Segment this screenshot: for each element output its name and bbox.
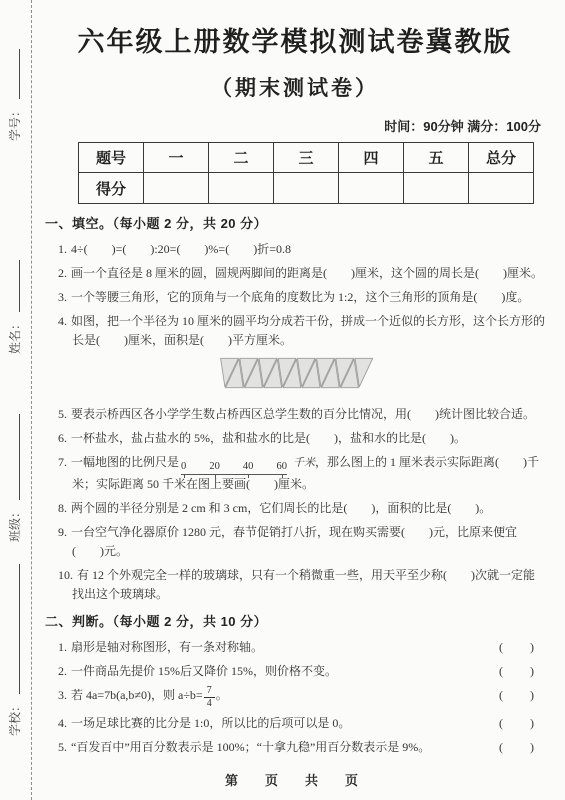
score-cell — [274, 173, 339, 204]
judge-text: 2.一件商品先提价 15%后又降价 15%，则价格不变。 — [58, 662, 337, 681]
question-number: 1. — [58, 640, 67, 654]
fill-question-4: 4.如图，把一个半径为 10 厘米的圆平均分成若干份，拼成一个近似的长方形，这个… — [45, 312, 545, 350]
judge-question-5: 5.“百发百中”用百分数表示是 100%；“十拿九稳”用百分数表示是 9%。 (… — [45, 738, 545, 757]
section-fill-heading: 一、填空。（每小题 2 分，共 20 分） — [45, 216, 545, 232]
question-number: 2. — [58, 664, 67, 678]
scale-tick-label: 60 — [277, 461, 288, 473]
question-number: 10. — [58, 568, 73, 582]
question-text: 一台空气净化器原价 1280 元，春节促销打八折，现在购买需要( )元，比原来便… — [71, 525, 517, 558]
score-col-3: 三 — [274, 143, 339, 173]
question-text: 如图，把一个半径为 10 厘米的圆平均分成若干份，拼成一个近似的长方形，这个长方… — [71, 314, 545, 347]
score-table-header-row: 题号 一 二 三 四 五 总分 — [79, 143, 534, 173]
judge-question-2: 2.一件商品先提价 15%后又降价 15%，则价格不变。 ( ) — [45, 662, 545, 681]
student-name-label: 姓名： — [6, 318, 23, 354]
judge-text: 3.若 4a=7b(a,b≠0)，则 a÷b=74。 — [58, 686, 228, 709]
answer-parentheses: ( ) — [499, 638, 535, 657]
score-table: 题号 一 二 三 四 五 总分 得分 — [78, 142, 534, 204]
judge-text: 5.“百发百中”用百分数表示是 100%；“十拿九稳”用百分数表示是 9%。 — [58, 738, 430, 757]
question-number: 3. — [58, 688, 67, 702]
score-row-label: 得分 — [79, 173, 144, 204]
class-writing-line — [9, 414, 20, 500]
question-text: 一场足球比赛的比分是 1:0，所以比的后项可以是 0。 — [71, 716, 350, 730]
section-judge-heading: 二、判断。（每小题 2 分，共 10 分） — [45, 614, 545, 630]
question-number: 5. — [58, 407, 67, 421]
question-text: 两个圆的半径分别是 2 cm 和 3 cm，它们周长的比是( )，面积的比是( … — [71, 501, 491, 515]
score-table-corner: 题号 — [79, 143, 144, 173]
exam-page: 六年级上册数学模拟测试卷冀教版 （期末测试卷） 时间：90分钟 满分：100分 … — [45, 0, 545, 762]
judge-text: 4.一场足球比赛的比分是 1:0，所以比的后项可以是 0。 — [58, 714, 350, 733]
question-text: 有 12 个外观完全一样的玻璃球，只有一个稍微重一些，用天平至少称( )次就一定… — [72, 568, 535, 601]
fill-question-9: 9.一台空气净化器原价 1280 元，春节促销打八折，现在购买需要( )元，比原… — [45, 523, 545, 561]
answer-parentheses: ( ) — [499, 714, 535, 733]
score-col-total: 总分 — [469, 143, 534, 173]
student-id-writing-line — [9, 49, 20, 99]
page-footer: 第 页 共 页 — [45, 770, 545, 789]
question-text-pre: 一幅地图的比例尺是 — [71, 455, 179, 469]
answer-parentheses: ( ) — [499, 686, 535, 705]
question-text: 一个等腰三角形，它的顶角与一个底角的度数比为 1:2，这个三角形的顶角是( )度… — [71, 290, 529, 304]
question-number: 5. — [58, 740, 67, 754]
school-label: 学校： — [6, 700, 23, 736]
fill-question-list: 1.4÷( )=( ):20=( )%=( )折=0.8 2.画一个直径是 8 … — [45, 240, 545, 604]
student-id-label: 学号： — [6, 105, 23, 141]
page-title: 六年级上册数学模拟测试卷冀教版 — [45, 26, 545, 58]
score-cell — [404, 173, 469, 204]
question-text: 扇形是轴对称图形，有一条对称轴。 — [71, 640, 263, 654]
class-field: 班级： — [6, 414, 22, 542]
scale-tick-label: 40 — [243, 461, 254, 473]
question-text: “百发百中”用百分数表示是 100%；“十拿九稳”用百分数表示是 9%。 — [71, 740, 430, 754]
judge-text: 1.扇形是轴对称图形，有一条对称轴。 — [58, 638, 263, 657]
question-text: 画一个直径是 8 厘米的圆，圆规两脚间的距离是( )厘米，这个圆的周长是( )厘… — [71, 266, 543, 280]
score-cell — [209, 173, 274, 204]
score-cell — [144, 173, 209, 204]
fraction-denominator: 4 — [204, 698, 215, 709]
circle-sectors-figure — [45, 355, 545, 396]
question-text: 要表示桥西区各小学学生数占桥西区总学生数的百分比情况，用( )统计图比较合适。 — [71, 407, 535, 421]
question-number: 2. — [58, 266, 67, 280]
student-name-writing-line — [9, 260, 20, 312]
answer-parentheses: ( ) — [499, 662, 535, 681]
school-field: 学校： — [6, 564, 22, 736]
class-label: 班级： — [6, 506, 23, 542]
question-number: 4. — [58, 716, 67, 730]
school-writing-line — [9, 564, 20, 694]
question-text: 一件商品先提价 15%后又降价 15%，则价格不变。 — [71, 664, 337, 678]
fill-question-5: 5.要表示桥西区各小学学生数占桥西区总学生数的百分比情况，用( )统计图比较合适… — [45, 405, 545, 424]
fill-question-6: 6.一杯盐水，盐占盐水的 5%，盐和盐水的比是( )，盐和水的比是( )。 — [45, 429, 545, 448]
judge-question-1: 1.扇形是轴对称图形，有一条对称轴。 ( ) — [45, 638, 545, 657]
score-col-4: 四 — [339, 143, 404, 173]
score-table-score-row: 得分 — [79, 173, 534, 204]
cut-dashed-line — [31, 0, 32, 800]
circle-sectors-svg — [215, 355, 376, 391]
question-text: 一杯盐水，盐占盐水的 5%，盐和盐水的比是( )，盐和水的比是( )。 — [71, 431, 466, 445]
fill-question-7: 7.一幅地图的比例尺是0204060千米，那么图上的 1 厘米表示实际距离( )… — [45, 453, 545, 494]
question-text: 4÷( )=( ):20=( )%=( )折=0.8 — [71, 242, 291, 256]
answer-parentheses: ( ) — [499, 738, 535, 757]
question-number: 4. — [58, 314, 67, 328]
score-col-1: 一 — [144, 143, 209, 173]
question-text-post: 。 — [216, 688, 228, 702]
fill-question-10: 10.有 12 个外观完全一样的玻璃球，只有一个稍微重一些，用天平至少称( )次… — [45, 566, 545, 604]
student-name-field: 姓名： — [6, 260, 22, 354]
score-cell — [339, 173, 404, 204]
fraction-numerator: 7 — [204, 686, 215, 698]
student-id-field: 学号： — [6, 49, 22, 141]
score-col-2: 二 — [209, 143, 274, 173]
judge-question-4: 4.一场足球比赛的比分是 1:0，所以比的后项可以是 0。 ( ) — [45, 714, 545, 733]
question-text-pre: 若 4a=7b(a,b≠0)，则 a÷b= — [71, 688, 203, 702]
score-cell — [469, 173, 534, 204]
scale-tick-label: 20 — [209, 461, 220, 473]
scale-tick-label: 0 — [181, 461, 186, 473]
question-number: 1. — [58, 242, 67, 256]
score-col-5: 五 — [404, 143, 469, 173]
time-score-info: 时间：90分钟 满分：100分 — [45, 119, 545, 135]
page-subtitle: （期末测试卷） — [45, 76, 545, 102]
fill-question-3: 3.一个等腰三角形，它的顶角与一个底角的度数比为 1:2，这个三角形的顶角是( … — [45, 288, 545, 307]
fill-question-1: 1.4÷( )=( ):20=( )%=( )折=0.8 — [45, 240, 545, 259]
scale-unit: 千米 — [293, 457, 315, 469]
judge-question-3: 3.若 4a=7b(a,b≠0)，则 a÷b=74。 ( ) — [45, 686, 545, 709]
question-number: 7. — [58, 455, 67, 469]
question-number: 6. — [58, 431, 67, 445]
question-number: 9. — [58, 525, 67, 539]
judge-question-list: 1.扇形是轴对称图形，有一条对称轴。 ( ) 2.一件商品先提价 15%后又降价… — [45, 638, 545, 757]
fraction-seven-fourths: 74 — [204, 686, 215, 709]
fill-question-8: 8.两个圆的半径分别是 2 cm 和 3 cm，它们周长的比是( )，面积的比是… — [45, 499, 545, 518]
question-number: 3. — [58, 290, 67, 304]
map-scale-line: 0204060 — [181, 461, 287, 475]
fill-question-2: 2.画一个直径是 8 厘米的圆，圆规两脚间的距离是( )厘米，这个圆的周长是( … — [45, 264, 545, 283]
map-scale-bar: 0204060 — [181, 461, 287, 475]
question-number: 8. — [58, 501, 67, 515]
